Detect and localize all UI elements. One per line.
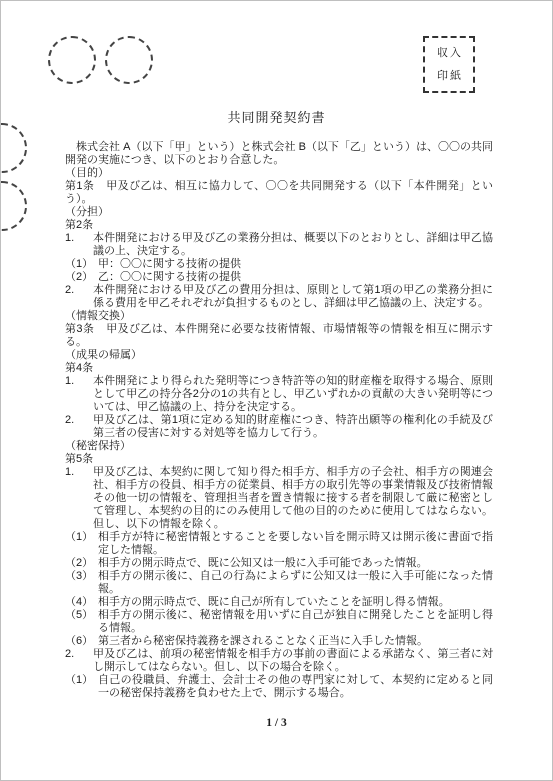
clause-number: 2. xyxy=(65,284,93,297)
article-text: 甲及び乙は、本件開発に必要な技術情報、市場情報等の情報を相互に開示する。 xyxy=(65,323,493,348)
subclause-number: （2） xyxy=(65,271,98,284)
revenue-stamp-line1: 収入 xyxy=(425,42,473,65)
clause-item: 2. 甲及び乙は、前項の秘密情報を相手方の事前の書面による承諾なく、第三者に対し… xyxy=(65,648,493,674)
subclause-number: （3） xyxy=(65,570,98,583)
article-text: 甲及び乙は、相互に協力して、〇〇を共同開発する（以下「本件開発」という）。 xyxy=(65,180,493,205)
section-information-exchange: （情報交換） 第3条甲及び乙は、本件開発に必要な技術情報、市場情報等の情報を相互… xyxy=(65,310,493,349)
subclause-item: （1） 甲：〇〇に関する技術の提供 xyxy=(65,258,493,271)
section-allocation: （分担） 第2条 1. 本件開発における甲及び乙の業務分担は、概要以下のとおりと… xyxy=(65,206,493,310)
section-heading: （分担） xyxy=(65,206,493,219)
subclause-text: 自己の役職員、弁護士、会計士その他の専門家に対して、本契約に定めると同一の秘密保… xyxy=(98,674,493,700)
clause-text: 本件開発における甲及び乙の業務分担は、概要以下のとおりとし、詳細は甲乙協議の上、… xyxy=(93,232,493,258)
clause-number: 1. xyxy=(65,375,93,388)
clause-text: 本件開発における甲及び乙の費用分担は、原則として第1項の甲乙の業務分担に係る費用… xyxy=(93,284,493,310)
subclause-text: 甲：〇〇に関する技術の提供 xyxy=(98,258,493,271)
section-heading: （情報交換） xyxy=(65,310,493,323)
clause-item: 1. 本件開発により得られた発明等につき特許等の知的財産権を取得する場合、原則と… xyxy=(65,375,493,414)
article-line: 第3条甲及び乙は、本件開発に必要な技術情報、市場情報等の情報を相互に開示する。 xyxy=(65,323,493,349)
subclause-number: （1） xyxy=(65,258,98,271)
section-ownership-of-results: （成果の帰属） 第4条 1. 本件開発により得られた発明等につき特許等の知的財産… xyxy=(65,349,493,440)
document-title: 共同開発契約書 xyxy=(1,107,552,126)
subclause-number: （4） xyxy=(65,596,98,609)
subclause-item: （1） 自己の役職員、弁護士、会計士その他の専門家に対して、本契約に定めると同一… xyxy=(65,674,493,700)
clause-number: 1. xyxy=(65,466,93,479)
clause-number: 1. xyxy=(65,232,93,245)
clause-number: 2. xyxy=(65,414,93,427)
article-line: 第1条甲及び乙は、相互に協力して、〇〇を共同開発する（以下「本件開発」という）。 xyxy=(65,180,493,206)
clause-item: 1. 甲及び乙は、本契約に関して知り得た相手方、相手方の子会社、相手方の関連会社… xyxy=(65,466,493,531)
subclause-text: 相手方の開示時点で、既に公知又は一般に入手可能であった情報。 xyxy=(98,557,493,570)
clause-text: 甲及び乙は、第1項に定める知的財産権につき、特許出願等の権利化の手続及び第三者の… xyxy=(93,414,493,440)
article-number: 第2条 xyxy=(65,219,93,231)
section-heading: （秘密保持） xyxy=(65,440,493,453)
subclause-item: （2） 乙：〇〇に関する技術の提供 xyxy=(65,271,493,284)
seal-placeholder-circle-left xyxy=(48,36,96,84)
subclause-number: （1） xyxy=(65,674,98,687)
subclause-item: （2） 相手方の開示時点で、既に公知又は一般に入手可能であった情報。 xyxy=(65,557,493,570)
seal-placeholder-circle-right xyxy=(105,36,153,84)
clause-item: 2. 甲及び乙は、第1項に定める知的財産権につき、特許出願等の権利化の手続及び第… xyxy=(65,414,493,440)
section-heading: （成果の帰属） xyxy=(65,349,493,362)
subclause-text: 相手方の開示後に、秘密情報を用いずに自己が独自に開発したことを証明し得る情報。 xyxy=(98,609,493,635)
article-number: 第3条 xyxy=(65,323,94,335)
subclause-number: （5） xyxy=(65,609,98,622)
document-body: 株式会社 A（以下「甲」という）と株式会社 B（以下「乙」という）は、〇〇の共同… xyxy=(65,141,493,700)
section-purpose: （目的） 第1条甲及び乙は、相互に協力して、〇〇を共同開発する（以下「本件開発」… xyxy=(65,167,493,206)
subclause-number: （6） xyxy=(65,635,98,648)
subclause-item: （6） 第三者から秘密保持義務を課されることなく正当に入手した情報。 xyxy=(65,635,493,648)
article-line: 第4条 xyxy=(65,362,493,375)
subclause-item: （5） 相手方の開示後に、秘密情報を用いずに自己が独自に開発したことを証明し得る… xyxy=(65,609,493,635)
contract-page: 収入 印紙 共同開発契約書 株式会社 A（以下「甲」という）と株式会社 B（以下… xyxy=(0,0,553,781)
article-number: 第4条 xyxy=(65,362,93,374)
clause-item: 2. 本件開発における甲及び乙の費用分担は、原則として第1項の甲乙の業務分担に係… xyxy=(65,284,493,310)
clause-text: 甲及び乙は、前項の秘密情報を相手方の事前の書面による承諾なく、第三者に対し開示し… xyxy=(93,648,493,674)
revenue-stamp-box: 収入 印紙 xyxy=(423,36,475,93)
clause-text: 甲及び乙は、本契約に関して知り得た相手方、相手方の子会社、相手方の関連会社、相手… xyxy=(93,466,493,531)
section-heading: （目的） xyxy=(65,167,493,180)
subclause-text: 相手方の開示時点で、既に自己が所有していたことを証明し得る情報。 xyxy=(98,596,493,609)
article-number: 第1条 xyxy=(65,180,94,192)
section-confidentiality: （秘密保持） 第5条 1. 甲及び乙は、本契約に関して知り得た相手方、相手方の子… xyxy=(65,440,493,700)
clause-text: 本件開発により得られた発明等につき特許等の知的財産権を取得する場合、原則として甲… xyxy=(93,375,493,414)
subclause-text: 第三者から秘密保持義務を課されることなく正当に入手した情報。 xyxy=(98,635,493,648)
subclause-item: （1） 相手方が特に秘密情報とすることを要しない旨を開示時又は開示後に書面で指定… xyxy=(65,531,493,557)
article-line: 第5条 xyxy=(65,453,493,466)
article-line: 第2条 xyxy=(65,219,493,232)
page-number: 1 / 3 xyxy=(1,717,552,729)
subclause-number: （2） xyxy=(65,557,98,570)
subclause-item: （3） 相手方の開示後に、自己の行為によらずに公知又は一般に入手可能になった情報… xyxy=(65,570,493,596)
intro-paragraph: 株式会社 A（以下「甲」という）と株式会社 B（以下「乙」という）は、〇〇の共同… xyxy=(65,141,493,167)
subclause-text: 相手方が特に秘密情報とすることを要しない旨を開示時又は開示後に書面で指定した情報… xyxy=(98,531,493,557)
clause-number: 2. xyxy=(65,648,93,661)
binding-mark-arc-top xyxy=(0,123,27,173)
subclause-text: 相手方の開示後に、自己の行為によらずに公知又は一般に入手可能になった情報。 xyxy=(98,570,493,596)
subclause-item: （4） 相手方の開示時点で、既に自己が所有していたことを証明し得る情報。 xyxy=(65,596,493,609)
binding-mark-arc-bottom xyxy=(0,181,27,231)
subclause-number: （1） xyxy=(65,531,98,544)
article-number: 第5条 xyxy=(65,453,93,465)
subclause-text: 乙：〇〇に関する技術の提供 xyxy=(98,271,493,284)
clause-item: 1. 本件開発における甲及び乙の業務分担は、概要以下のとおりとし、詳細は甲乙協議… xyxy=(65,232,493,258)
revenue-stamp-line2: 印紙 xyxy=(425,65,473,88)
